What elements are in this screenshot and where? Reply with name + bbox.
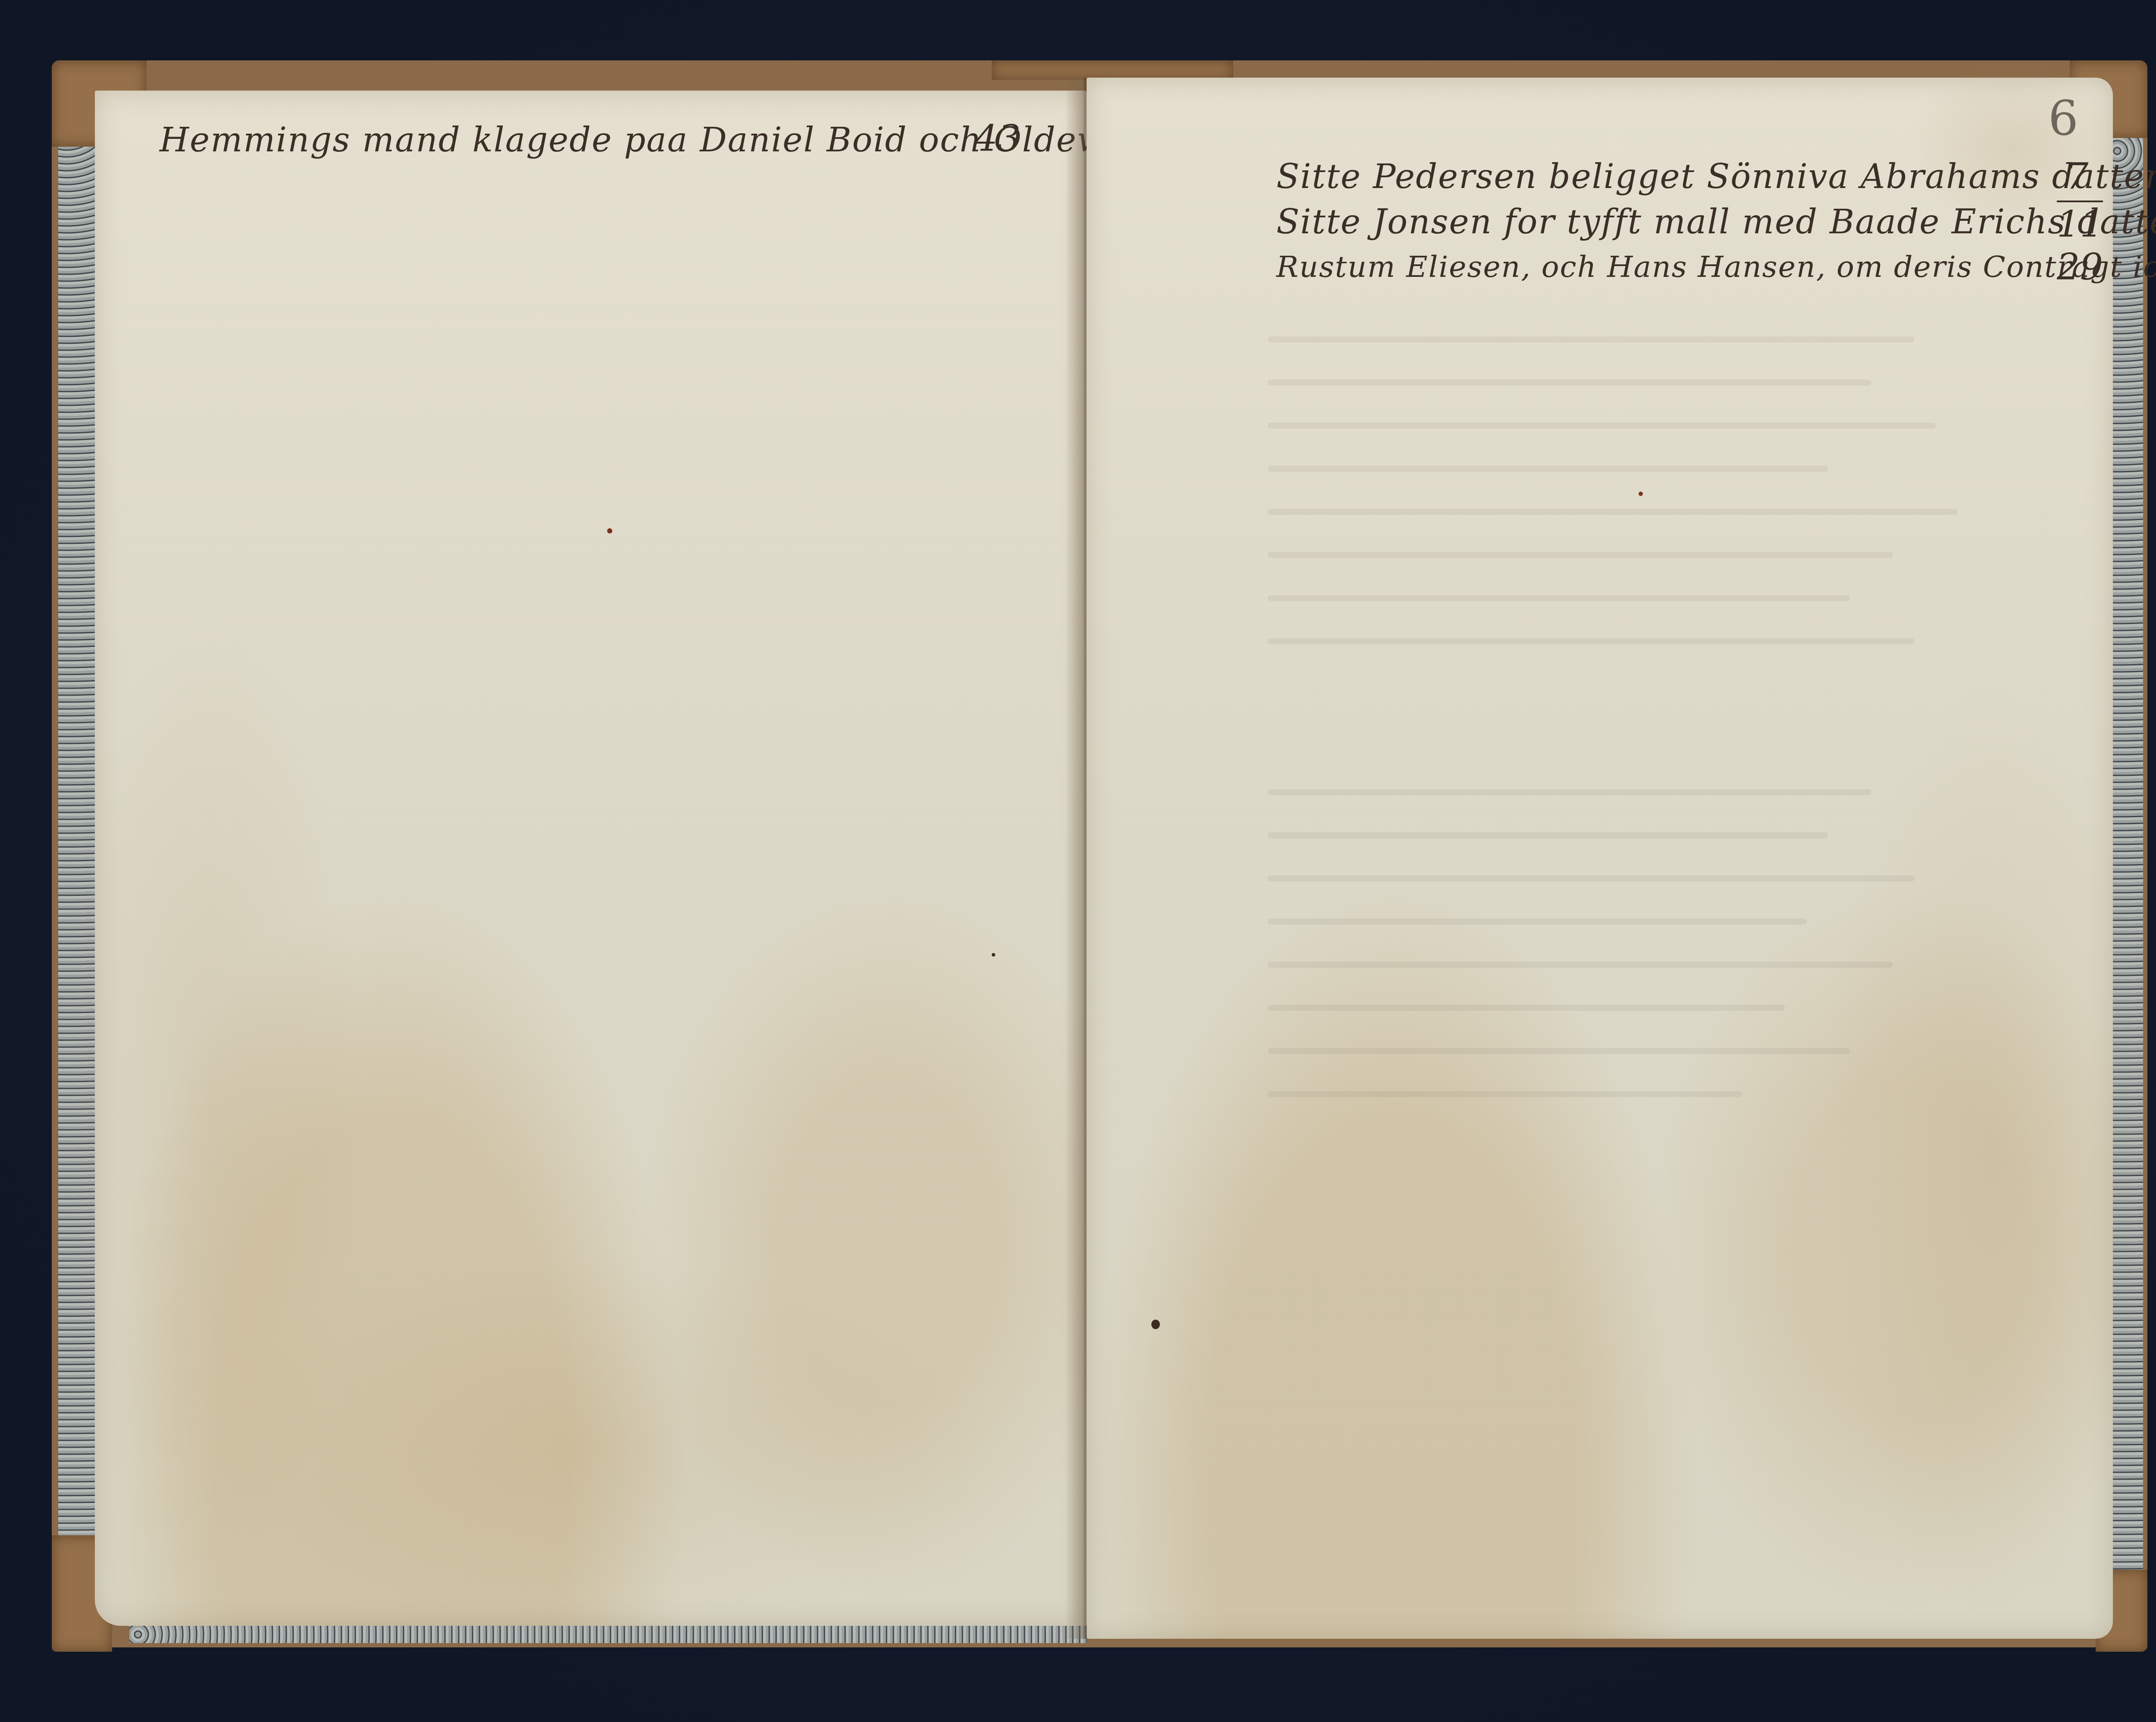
bleed-through-line bbox=[1268, 875, 1915, 881]
right-page: 6 Sitte Pedersen beligget Sönniva Abraha… bbox=[1087, 78, 2113, 1639]
index-entry: Sitte Pedersen beligget Sönniva Abrahams… bbox=[1276, 157, 2156, 196]
page-reference: 29 bbox=[2057, 246, 2103, 288]
ink-spot bbox=[1151, 1320, 1160, 1329]
water-stain bbox=[1820, 681, 2156, 1630]
bleed-through-line bbox=[1268, 1048, 1850, 1054]
bleed-through-line bbox=[1268, 832, 1828, 838]
bleed-through-line bbox=[1268, 1005, 1785, 1011]
bleed-through-line bbox=[1268, 789, 1871, 795]
bleed-through-line bbox=[1268, 962, 1893, 968]
entry-text: Sitte Pedersen beligget Sönniva Abrahams… bbox=[1276, 157, 2156, 196]
bleed-through-line bbox=[1268, 638, 1915, 644]
ink-spot bbox=[992, 953, 995, 957]
bleed-through-line bbox=[1268, 552, 1893, 558]
folio-number: 6 bbox=[2048, 91, 2078, 146]
bleed-through-line bbox=[1268, 595, 1850, 601]
bleed-through-line bbox=[1268, 380, 1871, 386]
bleed-through-line bbox=[1268, 919, 1807, 925]
index-entry: Sitte Jonsen for tyfft mall med Baade Er… bbox=[1276, 203, 2156, 242]
ink-spot bbox=[1639, 492, 1643, 496]
leather-spine-top bbox=[992, 60, 1233, 80]
left-page: Hemmings mand klagede paa Daniel Boid oc… bbox=[95, 91, 1087, 1626]
page-reference: 11 bbox=[2057, 201, 2103, 245]
page-reference: 43 bbox=[975, 117, 1021, 160]
page-reference: 7 bbox=[2065, 155, 2088, 198]
index-entry: Rustum Eliesen, och Hans Hansen, om deri… bbox=[1276, 250, 2156, 284]
bleed-through-line bbox=[1268, 423, 1936, 429]
entry-text: Rustum Eliesen, och Hans Hansen, om deri… bbox=[1276, 250, 2156, 284]
water-stain bbox=[181, 1255, 1000, 1643]
bleed-through-line bbox=[1268, 466, 1828, 472]
bleed-through-line bbox=[1268, 336, 1915, 342]
entry-text: Sitte Jonsen for tyfft mall med Baade Er… bbox=[1276, 203, 2156, 242]
bleed-through-line bbox=[1268, 509, 1958, 515]
ink-spot bbox=[607, 528, 612, 533]
bleed-through-line bbox=[1268, 1091, 1742, 1097]
